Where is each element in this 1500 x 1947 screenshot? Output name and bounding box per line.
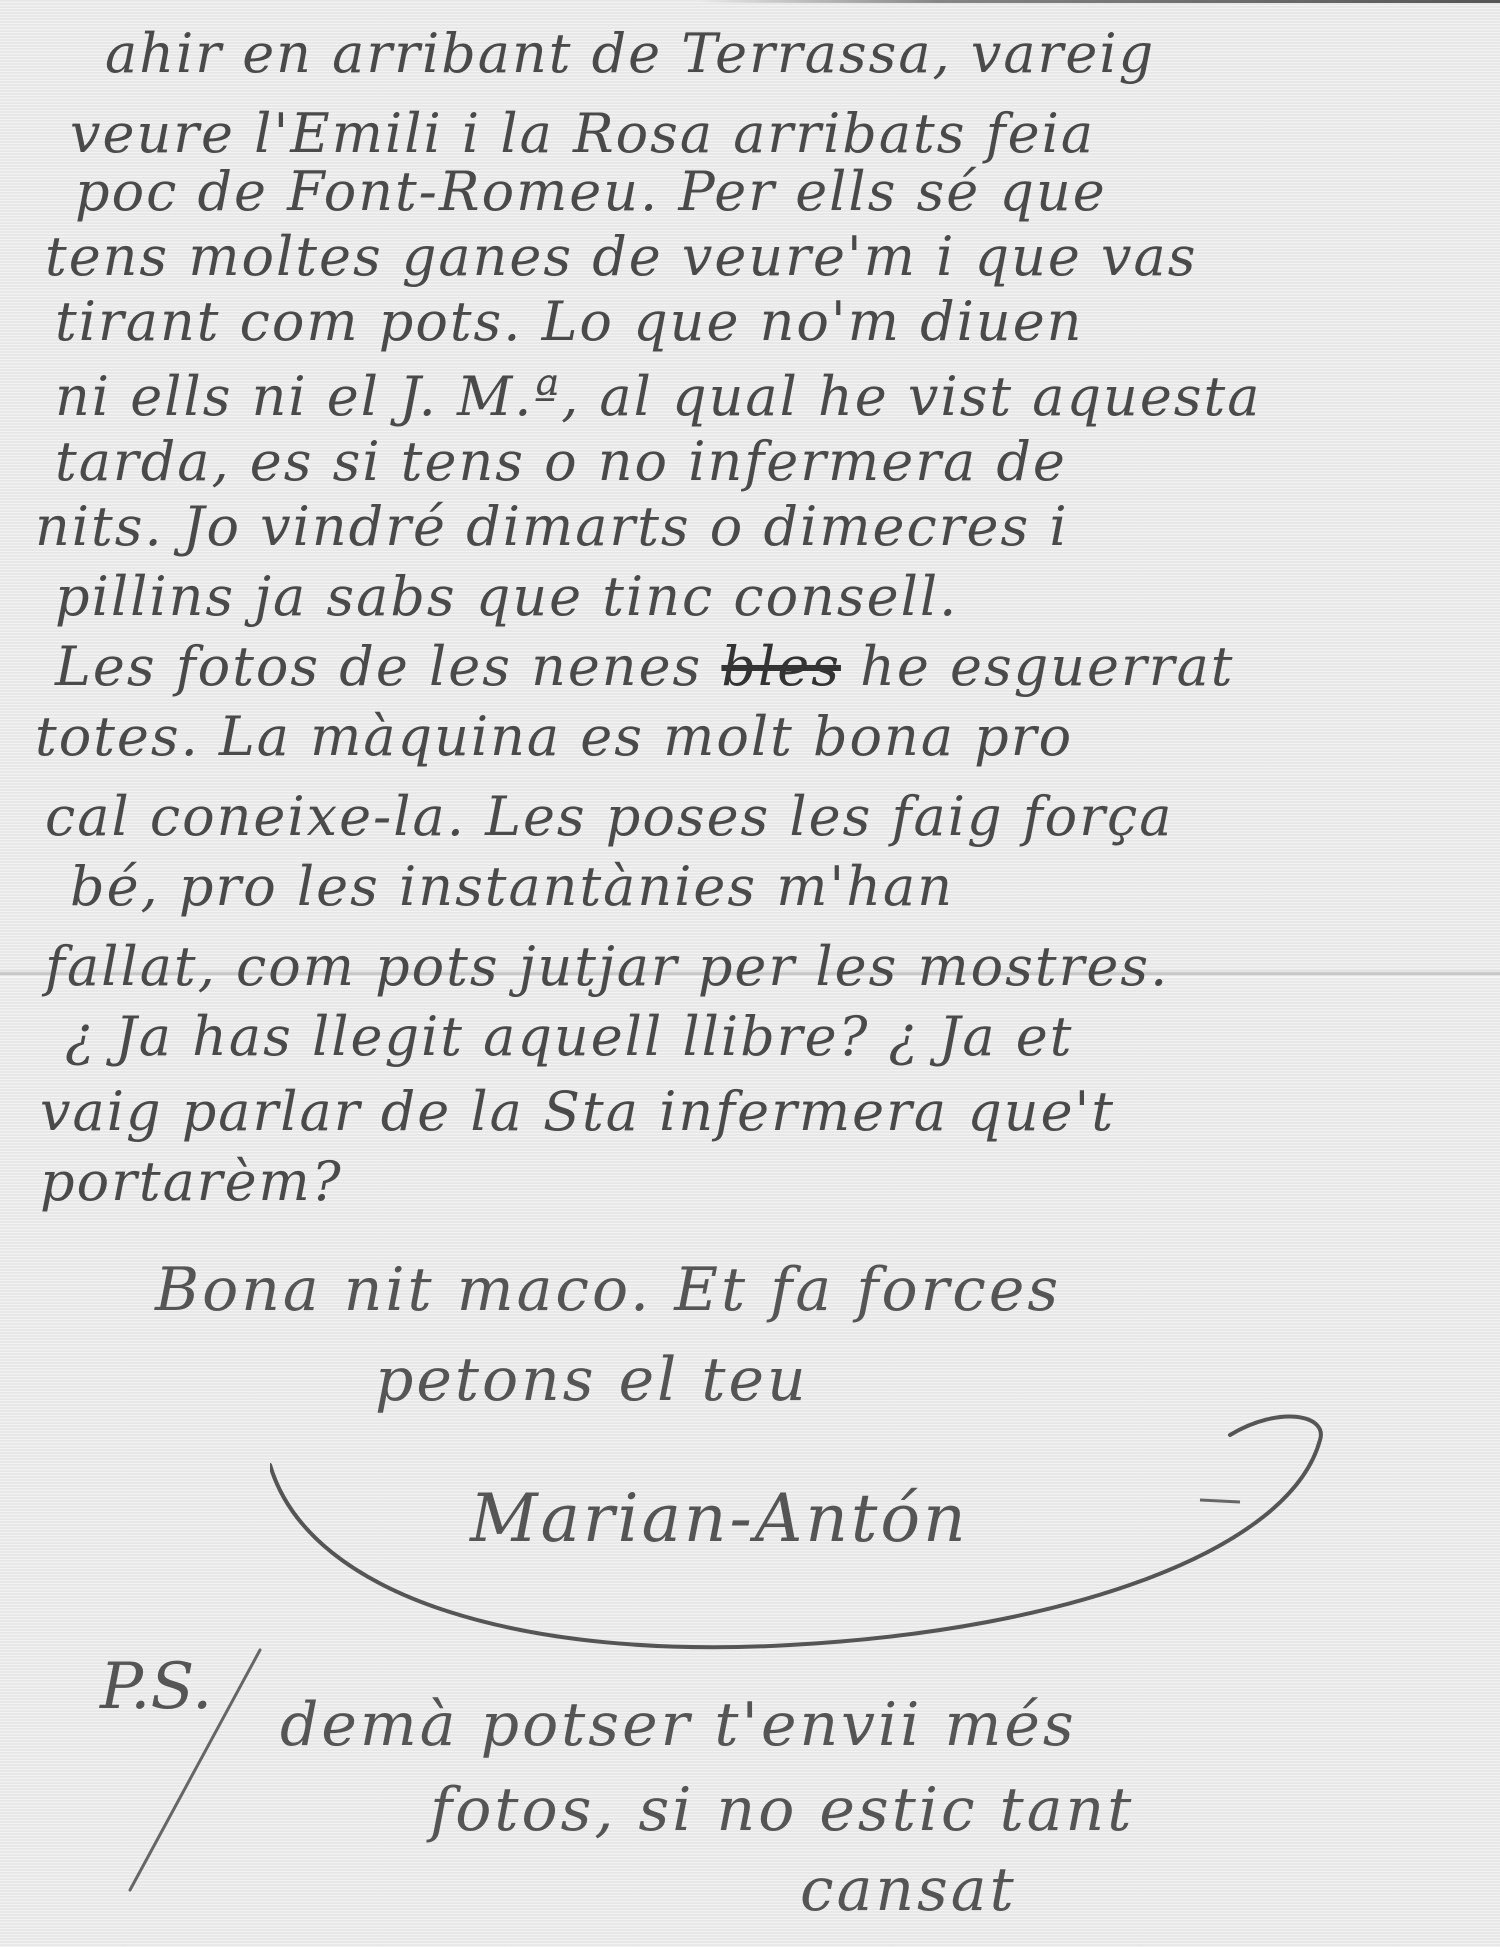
letter-line-6: ni ells ni el J. M.ª, al qual he vist aq… <box>55 365 1261 428</box>
postscript-label: P.S. <box>100 1650 212 1724</box>
postscript-line-2: fotos, si no estic tant <box>430 1775 1134 1845</box>
letter-line-12: cal coneixe-la. Les poses les faig força <box>45 785 1173 848</box>
postscript-line-3: cansat <box>800 1855 1017 1925</box>
closing-line-2: petons el teu <box>375 1345 809 1415</box>
page-top-edge <box>700 0 1500 3</box>
letter-line-10: Les fotos de les nenes bles he esguerrat <box>55 635 1235 698</box>
postscript-line-1: demà potser t'envii més <box>280 1690 1077 1760</box>
letter-line-10-start: Les fotos de les nenes <box>55 635 721 698</box>
signature: Marian-Antón <box>470 1480 969 1557</box>
letter-line-1: ahir en arribant de Terrassa, vareig <box>105 22 1155 85</box>
letter-page: ahir en arribant de Terrassa, vareig veu… <box>0 0 1500 1947</box>
letter-line-5: tirant com pots. Lo que no'm diuen <box>55 290 1083 353</box>
letter-line-16: vaig parlar de la Sta infermera que't <box>40 1080 1115 1143</box>
letter-line-9: pillins ja sabs que tinc consell. <box>55 565 958 628</box>
letter-line-4: tens moltes ganes de veure'm i que vas <box>45 225 1197 288</box>
closing-line-1: Bona nit maco. Et fa forces <box>155 1255 1061 1325</box>
letter-line-10-end: he esguerrat <box>841 635 1235 698</box>
struck-out-word: bles <box>721 635 841 698</box>
letter-line-14: fallat, com pots jutjar per les mostres. <box>45 935 1169 998</box>
letter-line-15: ¿ Ja has llegit aquell llibre? ¿ Ja et <box>65 1005 1073 1068</box>
letter-line-17: portarèm? <box>40 1150 343 1213</box>
letter-line-8: nits. Jo vindré dimarts o dimecres i <box>35 495 1069 558</box>
letter-line-11: totes. La màquina es molt bona pro <box>35 705 1073 768</box>
letter-line-7: tarda, es si tens o no infermera de <box>55 430 1067 493</box>
letter-line-2: veure l'Emili i la Rosa arribats feia <box>70 102 1095 165</box>
letter-line-13: bé, pro les instantànies m'han <box>70 855 954 918</box>
letter-line-3: poc de Font-Romeu. Per ells sé que <box>75 160 1107 223</box>
